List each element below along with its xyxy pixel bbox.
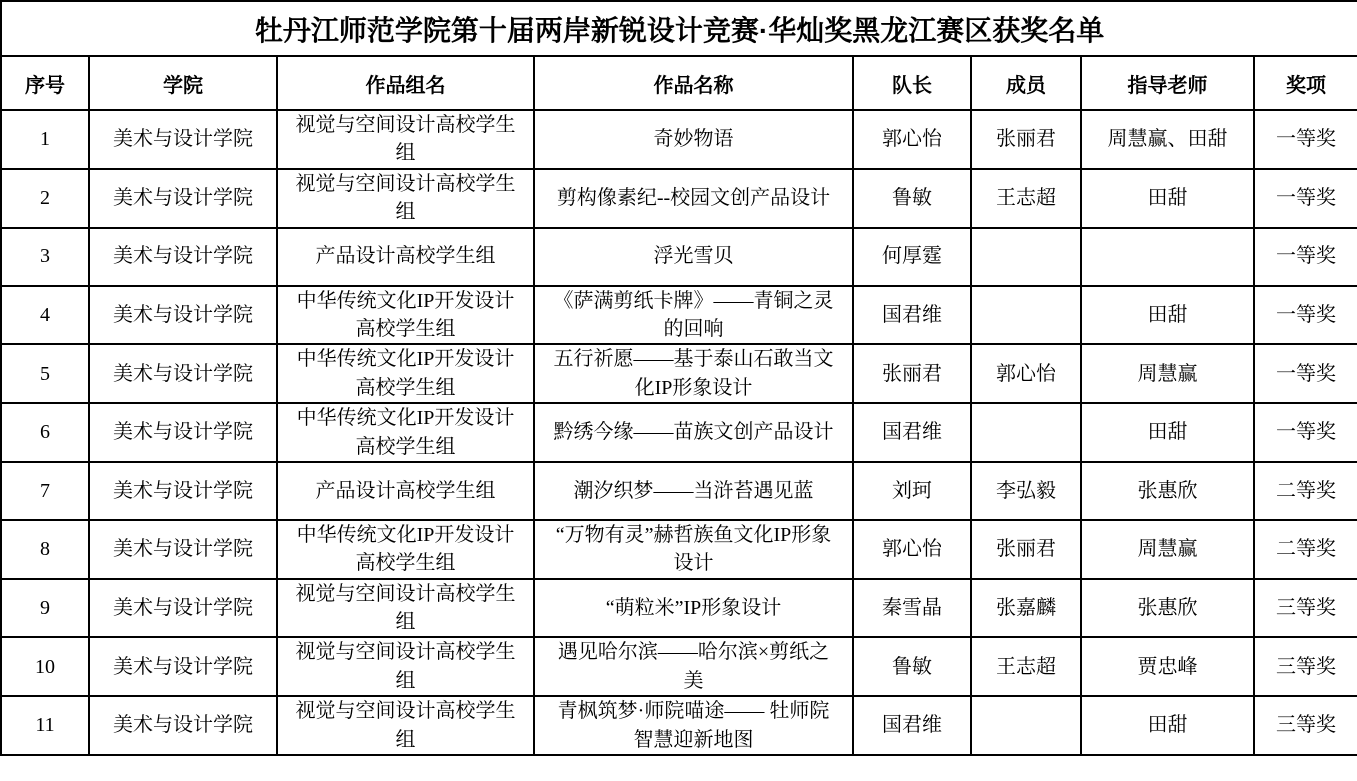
table-cell: 4 [1, 286, 89, 345]
table-cell: 王志超 [971, 169, 1081, 228]
table-cell: 产品设计高校学生组 [277, 228, 534, 286]
table-cell: 刘珂 [853, 462, 971, 520]
table-row: 7美术与设计学院产品设计高校学生组潮汐织梦——当浒苔遇见蓝刘珂李弘毅张惠欣二等奖 [1, 462, 1357, 520]
column-header-index: 序号 [1, 56, 89, 110]
table-cell: 青枫筑梦·师院喵途—— 牡师院智慧迎新地图 [534, 696, 853, 755]
table-cell: 一等奖 [1254, 344, 1357, 403]
table-cell: 《萨满剪纸卡牌》——青铜之灵的回响 [534, 286, 853, 345]
table-cell: 视觉与空间设计高校学生组 [277, 169, 534, 228]
table-cell: 一等奖 [1254, 286, 1357, 345]
table-cell: 秦雪晶 [853, 579, 971, 638]
table-cell: 视觉与空间设计高校学生组 [277, 696, 534, 755]
table-cell: 中华传统文化IP开发设计高校学生组 [277, 403, 534, 462]
table-cell: 9 [1, 579, 89, 638]
table-cell: “万物有灵”赫哲族鱼文化IP形象设计 [534, 520, 853, 579]
table-cell: 周慧赢、田甜 [1081, 110, 1254, 169]
table-cell: 10 [1, 637, 89, 696]
column-header-work: 作品名称 [534, 56, 853, 110]
table-cell: 郭心怡 [971, 344, 1081, 403]
table-cell: 美术与设计学院 [89, 110, 277, 169]
column-header-college: 学院 [89, 56, 277, 110]
table-row: 8美术与设计学院中华传统文化IP开发设计高校学生组“万物有灵”赫哲族鱼文化IP形… [1, 520, 1357, 579]
table-row: 4美术与设计学院中华传统文化IP开发设计高校学生组《萨满剪纸卡牌》——青铜之灵的… [1, 286, 1357, 345]
table-cell: 7 [1, 462, 89, 520]
table-cell: 国君维 [853, 403, 971, 462]
table-cell [1081, 228, 1254, 286]
award-table: 牡丹江师范学院第十届两岸新锐设计竞赛·华灿奖黑龙江赛区获奖名单 序号 学院 作品… [0, 0, 1357, 756]
table-cell: 田甜 [1081, 696, 1254, 755]
table-cell: 6 [1, 403, 89, 462]
table-cell: 三等奖 [1254, 579, 1357, 638]
table-cell: 美术与设计学院 [89, 344, 277, 403]
table-cell: “萌粒米”IP形象设计 [534, 579, 853, 638]
page-title: 牡丹江师范学院第十届两岸新锐设计竞赛·华灿奖黑龙江赛区获奖名单 [1, 1, 1357, 56]
column-header-captain: 队长 [853, 56, 971, 110]
table-row: 11美术与设计学院视觉与空间设计高校学生组青枫筑梦·师院喵途—— 牡师院智慧迎新… [1, 696, 1357, 755]
table-body: 1美术与设计学院视觉与空间设计高校学生组奇妙物语郭心怡张丽君周慧赢、田甜一等奖2… [1, 110, 1357, 755]
table-row: 9美术与设计学院视觉与空间设计高校学生组“萌粒米”IP形象设计秦雪晶张嘉麟张惠欣… [1, 579, 1357, 638]
document-sheet: 牡丹江师范学院第十届两岸新锐设计竞赛·华灿奖黑龙江赛区获奖名单 序号 学院 作品… [0, 0, 1357, 756]
table-cell: 张丽君 [971, 110, 1081, 169]
table-cell: 5 [1, 344, 89, 403]
table-cell [971, 286, 1081, 345]
table-row: 3美术与设计学院产品设计高校学生组浮光雪贝何厚霆一等奖 [1, 228, 1357, 286]
table-cell [971, 228, 1081, 286]
table-cell: 美术与设计学院 [89, 169, 277, 228]
table-cell: 中华传统文化IP开发设计高校学生组 [277, 286, 534, 345]
table-cell: 二等奖 [1254, 520, 1357, 579]
table-cell: 2 [1, 169, 89, 228]
table-cell: 何厚霆 [853, 228, 971, 286]
table-cell: 美术与设计学院 [89, 579, 277, 638]
table-cell: 鲁敏 [853, 637, 971, 696]
table-cell: 美术与设计学院 [89, 696, 277, 755]
table-cell: 田甜 [1081, 169, 1254, 228]
table-cell: 张嘉麟 [971, 579, 1081, 638]
column-header-advisor: 指导老师 [1081, 56, 1254, 110]
table-cell: 张丽君 [971, 520, 1081, 579]
table-row: 10美术与设计学院视觉与空间设计高校学生组遇见哈尔滨——哈尔滨×剪纸之美鲁敏王志… [1, 637, 1357, 696]
table-cell: 视觉与空间设计高校学生组 [277, 110, 534, 169]
table-cell: 一等奖 [1254, 228, 1357, 286]
table-cell: 中华传统文化IP开发设计高校学生组 [277, 344, 534, 403]
table-cell: 8 [1, 520, 89, 579]
table-cell: 产品设计高校学生组 [277, 462, 534, 520]
table-row: 1美术与设计学院视觉与空间设计高校学生组奇妙物语郭心怡张丽君周慧赢、田甜一等奖 [1, 110, 1357, 169]
table-cell: 剪构像素纪--校园文创产品设计 [534, 169, 853, 228]
table-cell: 一等奖 [1254, 169, 1357, 228]
table-cell: 李弘毅 [971, 462, 1081, 520]
table-cell: 张丽君 [853, 344, 971, 403]
table-cell: 国君维 [853, 696, 971, 755]
table-cell: 1 [1, 110, 89, 169]
column-header-member: 成员 [971, 56, 1081, 110]
table-cell: 黔绣今缘——苗族文创产品设计 [534, 403, 853, 462]
table-cell: 奇妙物语 [534, 110, 853, 169]
table-cell: 张惠欣 [1081, 579, 1254, 638]
table-cell: 一等奖 [1254, 403, 1357, 462]
table-row: 2美术与设计学院视觉与空间设计高校学生组剪构像素纪--校园文创产品设计鲁敏王志超… [1, 169, 1357, 228]
table-cell: 视觉与空间设计高校学生组 [277, 637, 534, 696]
table-cell: 五行祈愿——基于泰山石敢当文化IP形象设计 [534, 344, 853, 403]
table-cell: 二等奖 [1254, 462, 1357, 520]
table-cell: 视觉与空间设计高校学生组 [277, 579, 534, 638]
table-cell: 田甜 [1081, 286, 1254, 345]
column-header-group: 作品组名 [277, 56, 534, 110]
table-cell: 11 [1, 696, 89, 755]
table-cell: 三等奖 [1254, 637, 1357, 696]
table-cell: 周慧赢 [1081, 344, 1254, 403]
table-cell: 郭心怡 [853, 520, 971, 579]
table-row: 5美术与设计学院中华传统文化IP开发设计高校学生组五行祈愿——基于泰山石敢当文化… [1, 344, 1357, 403]
table-cell: 国君维 [853, 286, 971, 345]
table-cell: 王志超 [971, 637, 1081, 696]
table-cell: 浮光雪贝 [534, 228, 853, 286]
table-cell [971, 696, 1081, 755]
header-row: 序号 学院 作品组名 作品名称 队长 成员 指导老师 奖项 [1, 56, 1357, 110]
table-cell: 遇见哈尔滨——哈尔滨×剪纸之美 [534, 637, 853, 696]
table-cell: 张惠欣 [1081, 462, 1254, 520]
table-cell: 美术与设计学院 [89, 228, 277, 286]
table-cell: 美术与设计学院 [89, 637, 277, 696]
table-cell: 周慧赢 [1081, 520, 1254, 579]
table-cell: 美术与设计学院 [89, 403, 277, 462]
table-cell: 郭心怡 [853, 110, 971, 169]
table-cell: 3 [1, 228, 89, 286]
column-header-award: 奖项 [1254, 56, 1357, 110]
table-cell: 贾忠峰 [1081, 637, 1254, 696]
table-cell: 三等奖 [1254, 696, 1357, 755]
title-row: 牡丹江师范学院第十届两岸新锐设计竞赛·华灿奖黑龙江赛区获奖名单 [1, 1, 1357, 56]
table-cell: 中华传统文化IP开发设计高校学生组 [277, 520, 534, 579]
table-cell: 潮汐织梦——当浒苔遇见蓝 [534, 462, 853, 520]
table-cell: 一等奖 [1254, 110, 1357, 169]
table-cell: 田甜 [1081, 403, 1254, 462]
table-row: 6美术与设计学院中华传统文化IP开发设计高校学生组黔绣今缘——苗族文创产品设计国… [1, 403, 1357, 462]
table-cell: 美术与设计学院 [89, 462, 277, 520]
table-cell: 美术与设计学院 [89, 286, 277, 345]
table-cell [971, 403, 1081, 462]
table-cell: 鲁敏 [853, 169, 971, 228]
table-cell: 美术与设计学院 [89, 520, 277, 579]
